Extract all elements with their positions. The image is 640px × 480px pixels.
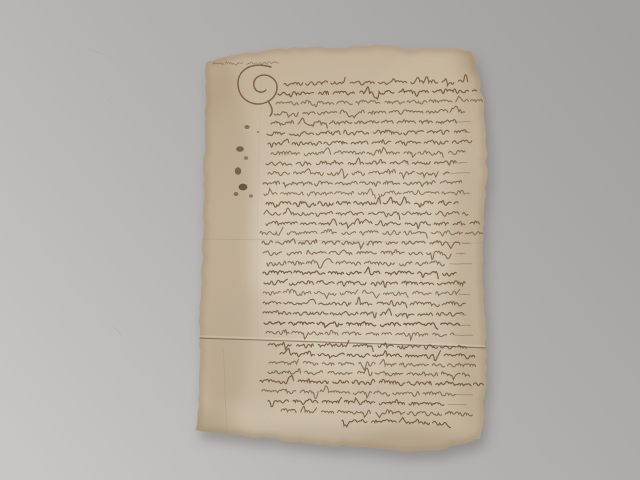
ink-blot bbox=[257, 131, 259, 133]
line-filler-dash bbox=[464, 132, 470, 133]
ink-blot bbox=[236, 146, 244, 152]
paper-surface bbox=[158, 30, 510, 470]
ink-blot bbox=[239, 184, 248, 191]
ink-blot bbox=[234, 192, 239, 196]
manuscript-photograph: Photograph of an aged early-modern handw… bbox=[0, 0, 640, 480]
ink-blot bbox=[235, 167, 241, 175]
ink-blot bbox=[249, 194, 253, 197]
ink-blot bbox=[244, 156, 248, 160]
manuscript-photo-canvas bbox=[0, 0, 640, 480]
ink-blot bbox=[244, 125, 249, 129]
